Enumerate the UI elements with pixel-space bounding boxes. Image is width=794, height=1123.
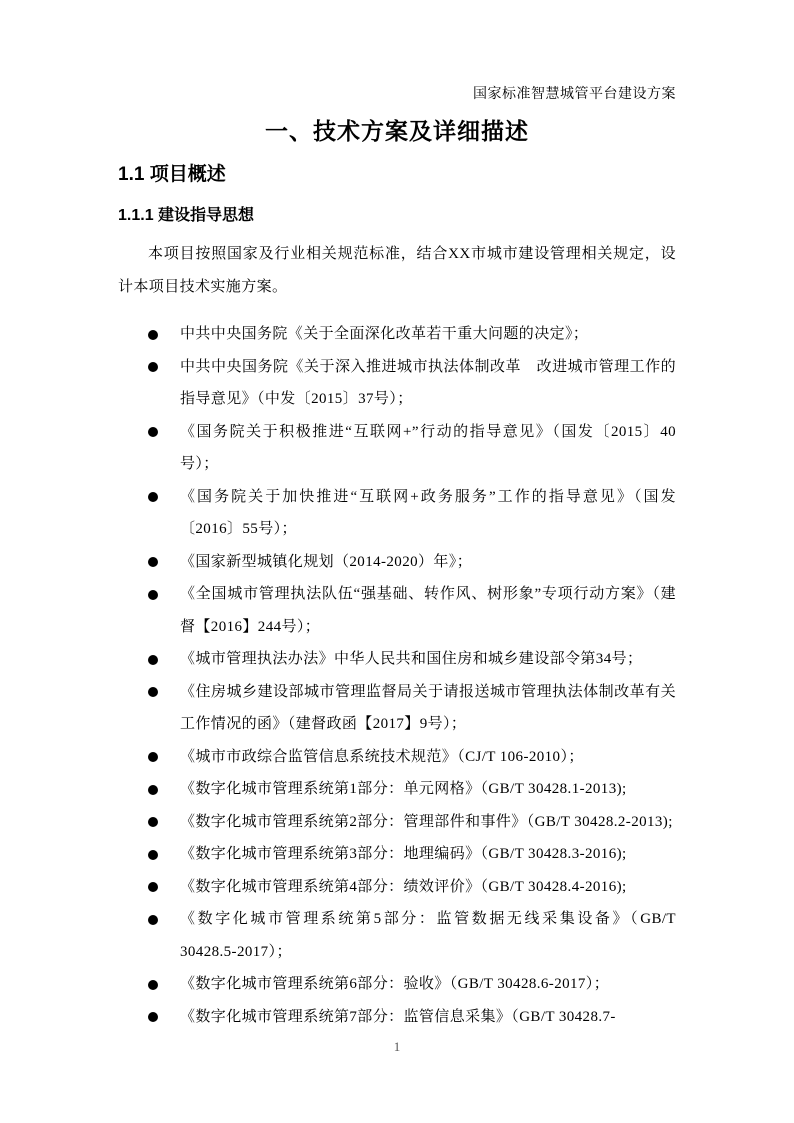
list-item-text: 《国务院关于加快推进“互联网+政务服务”工作的指导意见》（国发〔2016〕55号… bbox=[180, 489, 676, 538]
list-item-text: 《数字化城市管理系统第6部分：验收》（GB/T 30428.6-2017）； bbox=[180, 976, 609, 992]
list-item: 《数字化城市管理系统第5部分：监管数据无线采集设备》（GB/T 30428.5-… bbox=[118, 903, 676, 968]
bullet-icon bbox=[148, 330, 158, 340]
page-header: 国家标准智慧城管平台建设方案 bbox=[118, 86, 676, 103]
intro-paragraph: 本项目按照国家及行业相关规范标准，结合XX市城市建设管理相关规定，设计本项目技术… bbox=[118, 238, 676, 303]
list-item-text: 《数字化城市管理系统第2部分：管理部件和事件》（GB/T 30428.2-201… bbox=[180, 814, 673, 830]
list-item-text: 《全国城市管理执法队伍“强基础、转作风、树形象”专项行动方案》（建督【2016】… bbox=[180, 586, 676, 635]
bullet-icon bbox=[148, 362, 158, 372]
bullet-icon bbox=[148, 590, 158, 600]
list-item-text: 中共中央国务院《关于深入推进城市执法体制改革 改进城市管理工作的指导意见》（中发… bbox=[180, 359, 676, 408]
list-item-text: 《国务院关于积极推进“互联网+”行动的指导意见》（国发〔2015〕40号）； bbox=[180, 424, 676, 473]
list-item: 《数字化城市管理系统第6部分：验收》（GB/T 30428.6-2017）； bbox=[118, 968, 676, 1001]
list-item: 《国家新型城镇化规划（2014-2020）年》； bbox=[118, 546, 676, 579]
document-title: 一、技术方案及详细描述 bbox=[118, 116, 676, 146]
list-item: 《国务院关于加快推进“互联网+政务服务”工作的指导意见》（国发〔2016〕55号… bbox=[118, 481, 676, 546]
footer: 1 bbox=[0, 1038, 794, 1056]
bullet-icon bbox=[148, 980, 158, 990]
list-item-text: 《数字化城市管理系统第7部分：监管信息采集》（GB/T 30428.7- bbox=[180, 1009, 616, 1025]
reference-list: 中共中央国务院《关于全面深化改革若干重大问题的决定》； 中共中央国务院《关于深入… bbox=[118, 318, 676, 1033]
list-item: 《数字化城市管理系统第7部分：监管信息采集》（GB/T 30428.7- bbox=[118, 1001, 676, 1034]
document-page: 国家标准智慧城管平台建设方案 一、技术方案及详细描述 1.1 项目概述 1.1.… bbox=[0, 0, 794, 1123]
list-item-text: 《国家新型城镇化规划（2014-2020）年》； bbox=[180, 554, 472, 570]
bullet-icon bbox=[148, 817, 158, 827]
bullet-icon bbox=[148, 687, 158, 697]
list-item: 《全国城市管理执法队伍“强基础、转作风、树形象”专项行动方案》（建督【2016】… bbox=[118, 578, 676, 643]
list-item: 《国务院关于积极推进“互联网+”行动的指导意见》（国发〔2015〕40号）； bbox=[118, 416, 676, 481]
list-item: 中共中央国务院《关于深入推进城市执法体制改革 改进城市管理工作的指导意见》（中发… bbox=[118, 351, 676, 416]
list-item-text: 中共中央国务院《关于全面深化改革若干重大问题的决定》； bbox=[180, 326, 588, 342]
list-item: 《数字化城市管理系统第3部分：地理编码》（GB/T 30428.3-2016); bbox=[118, 838, 676, 871]
bullet-icon bbox=[148, 1012, 158, 1022]
list-item-text: 《城市市政综合监管信息系统技术规范》（CJ/T 106-2010）； bbox=[180, 749, 584, 765]
bullet-icon bbox=[148, 882, 158, 892]
bullet-icon bbox=[148, 850, 158, 860]
bullet-icon bbox=[148, 752, 158, 762]
list-item-text: 《数字化城市管理系统第3部分：地理编码》（GB/T 30428.3-2016); bbox=[180, 846, 627, 862]
subsection-heading: 1.1.1 建设指导思想 bbox=[118, 205, 676, 227]
section-heading: 1.1 项目概述 bbox=[118, 162, 676, 188]
bullet-icon bbox=[148, 557, 158, 567]
list-item: 《城市管理执法办法》中华人民共和国住房和城乡建设部令第34号； bbox=[118, 643, 676, 676]
bullet-icon bbox=[148, 785, 158, 795]
list-item: 中共中央国务院《关于全面深化改革若干重大问题的决定》； bbox=[118, 318, 676, 351]
list-item-text: 《城市管理执法办法》中华人民共和国住房和城乡建设部令第34号； bbox=[180, 651, 642, 667]
list-item-text: 《住房城乡建设部城市管理监督局关于请报送城市管理执法体制改革有关工作情况的函》（… bbox=[180, 684, 676, 733]
list-item: 《数字化城市管理系统第1部分：单元网格》（GB/T 30428.1-2013); bbox=[118, 773, 676, 806]
list-item: 《住房城乡建设部城市管理监督局关于请报送城市管理执法体制改革有关工作情况的函》（… bbox=[118, 676, 676, 741]
list-item-text: 《数字化城市管理系统第1部分：单元网格》（GB/T 30428.1-2013); bbox=[180, 781, 627, 797]
page-number: 1 bbox=[394, 1039, 401, 1054]
bullet-icon bbox=[148, 655, 158, 665]
list-item: 《城市市政综合监管信息系统技术规范》（CJ/T 106-2010）； bbox=[118, 741, 676, 774]
list-item-text: 《数字化城市管理系统第5部分：监管数据无线采集设备》（GB/T 30428.5-… bbox=[180, 911, 676, 960]
list-item: 《数字化城市管理系统第2部分：管理部件和事件》（GB/T 30428.2-201… bbox=[118, 806, 676, 839]
bullet-icon bbox=[148, 915, 158, 925]
document-content: 国家标准智慧城管平台建设方案 一、技术方案及详细描述 1.1 项目概述 1.1.… bbox=[118, 86, 676, 1033]
list-item: 《数字化城市管理系统第4部分：绩效评价》（GB/T 30428.4-2016); bbox=[118, 871, 676, 904]
bullet-icon bbox=[148, 427, 158, 437]
bullet-icon bbox=[148, 492, 158, 502]
list-item-text: 《数字化城市管理系统第4部分：绩效评价》（GB/T 30428.4-2016); bbox=[180, 879, 627, 895]
